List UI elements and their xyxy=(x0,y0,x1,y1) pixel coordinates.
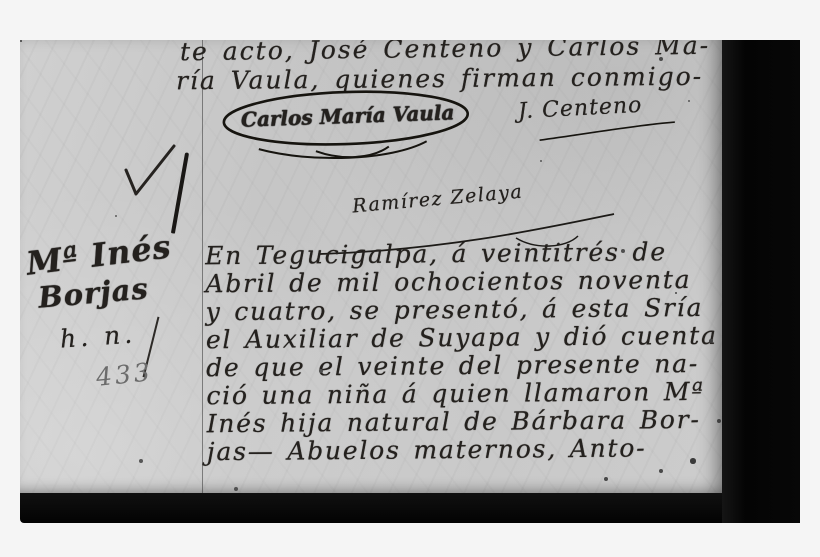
margin-rule-line xyxy=(202,40,203,493)
signature-underline-flourish xyxy=(537,121,678,142)
margin-entry-number: 433 xyxy=(95,357,154,392)
entry-text-line: jas— Abuelos maternos, Anto- xyxy=(207,434,722,467)
paper-foxing-specks xyxy=(20,40,22,42)
margin-annotation-hn: h. n. xyxy=(59,319,137,353)
signature-name: J. Centeno xyxy=(517,93,643,124)
scan-bottom-shadow xyxy=(20,493,722,523)
check-mark-icon xyxy=(118,142,182,204)
book-gutter-shadow xyxy=(722,40,800,523)
entry-text: En Tegucigalpa, á veintitrés de Abril de… xyxy=(205,238,722,467)
signature-j-centeno: J. Centeno xyxy=(517,93,643,124)
register-paper: te acto, José Centeno y Carlos Ma- ría V… xyxy=(20,40,722,493)
signature-carlos-maria-vaula: Carlos María Vaula xyxy=(219,84,477,165)
scanned-register-photo: te acto, José Centeno y Carlos Ma- ría V… xyxy=(0,0,820,557)
